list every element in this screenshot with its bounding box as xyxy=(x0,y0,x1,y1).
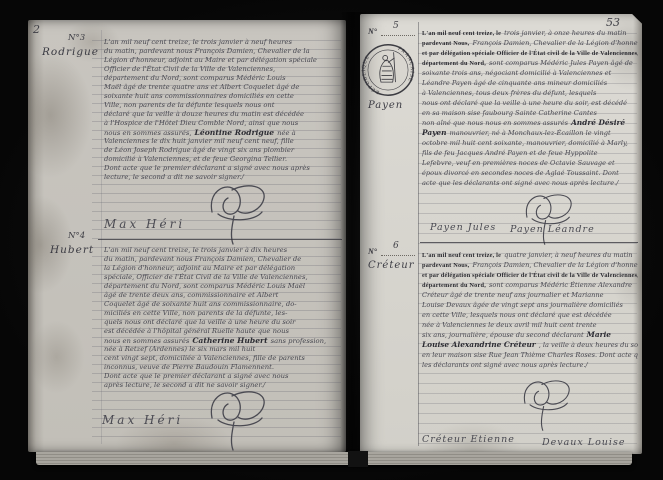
act-line: de Léon Joseph Rodrigue âgé de vingt six… xyxy=(104,146,341,155)
act-line: acte que les déclarants ont signé avec n… xyxy=(422,178,638,188)
act-line: Officier de l'État Civil de la Ville de … xyxy=(104,65,341,74)
handwritten-segment: miciliés en cette Ville, non parents de … xyxy=(104,309,287,317)
printed-segment: et par délégation spéciale Officier de l… xyxy=(422,50,638,57)
act-line: inconnus, veuve de Pierre Baudouin Flame… xyxy=(104,363,341,372)
right-page: 53 N° 5 RÉPUBLIQUE FRANÇAISE xyxy=(360,14,642,454)
act-line: en sa maison sise faubourg Sainte Cather… xyxy=(422,108,638,118)
act-line: fils de feu Jacques André Payen et de fe… xyxy=(422,148,638,158)
act-line: nous en sommes assurés,Léontine Rodrigue… xyxy=(104,128,341,137)
act-line: époux divorcé en secondes noces de Aglaé… xyxy=(422,168,638,178)
handwritten-segment: les déclarants ont signé avec nous après… xyxy=(422,361,588,369)
witness-signature: Max Héri xyxy=(102,413,183,427)
act-line: non aîné que nous nous en sommes assurés… xyxy=(422,118,638,128)
handwritten-segment: spéciale, Officier de l'État Civil de la… xyxy=(104,273,308,281)
witness-signature: Créteur Etienne xyxy=(422,434,515,445)
handwritten-segment: octobre mil huit cent soixante, manouvri… xyxy=(422,139,628,147)
handwritten-segment: Valenciennes le dix huit janvier mil neu… xyxy=(104,137,294,145)
handwritten-segment: en sa maison sise faubourg Sainte Cather… xyxy=(422,109,597,117)
act-line: Ville, non parents de la défunte lesquel… xyxy=(104,101,341,110)
handwritten-segment: soixante huit ans commissionnaires domic… xyxy=(104,92,294,100)
official-signature xyxy=(196,386,280,456)
handwritten-segment: Maël âgé de trente quatre ans et Albert … xyxy=(104,83,299,91)
act-line: est décédée à l'hôpital général Ruelle h… xyxy=(104,327,341,336)
witness-signature: Max Héri xyxy=(104,217,185,231)
handwritten-segment: manouvrier, né à Monchaux-lez-Écaillon l… xyxy=(449,129,610,137)
act-line: du matin, pardevant nous François Damien… xyxy=(104,255,341,264)
act-line: domicilié à Valenciennes, et de feue Geo… xyxy=(104,155,341,164)
handwritten-segment: âgé de trente deux ans, commissionnaire … xyxy=(104,291,278,299)
act-line: soixante trois ans, négociant domicilié … xyxy=(422,68,638,78)
handwritten-segment: six ans, journalière, épouse du second d… xyxy=(422,331,584,339)
act-line: âgé de trente deux ans, commissionnaire … xyxy=(104,291,341,300)
act-line: Créteur âgé de trente neuf ans journalie… xyxy=(422,290,638,300)
numero-label: N° xyxy=(368,27,377,36)
numero-line: 6 xyxy=(381,245,415,256)
act-number: N°4 xyxy=(68,231,85,241)
handwritten-segment: Louise Devaux âgée de vingt sept ans jou… xyxy=(422,301,623,309)
act-line: la Légion d'honneur, adjoint au Maire et… xyxy=(104,264,341,273)
act-body: L'an mil neuf cent treize, letrois janvi… xyxy=(422,28,638,188)
handwritten-segment: L'an mil neuf cent treize, le trois janv… xyxy=(104,38,292,46)
numero-line: 5 xyxy=(381,25,415,36)
act-line: cent vingt sept, domiciliée à Valencienn… xyxy=(104,354,341,363)
act-line: pardevant Nous,François Damien, Chevalie… xyxy=(422,260,638,270)
handwritten-segment: soixante trois ans, négociant domicilié … xyxy=(422,69,611,77)
handwritten-segment: inconnus, veuve de Pierre Baudouin Flame… xyxy=(104,363,274,371)
printed-segment: pardevant Nous, xyxy=(422,40,469,47)
handwritten-segment: Dont acte que le premier déclarant a sig… xyxy=(104,164,310,172)
handwritten-segment: L'an mil neuf cent treize, le trois janv… xyxy=(104,246,287,254)
act-line: Dont acte que le premier déclarant a sig… xyxy=(104,164,341,173)
act-line: Louise Devaux âgée de vingt sept ans jou… xyxy=(422,300,638,310)
handwritten-segment: déclaré que la veille à douze heures du … xyxy=(104,110,304,118)
act-line: spéciale, Officier de l'État Civil de la… xyxy=(104,273,341,282)
margin-rule xyxy=(101,30,102,444)
handwritten-segment: nous en sommes assurés, xyxy=(104,129,192,137)
act-body: L'an mil neuf cent treize, lequatre janv… xyxy=(422,250,638,370)
handwritten-segment: domicilié à Valenciennes, et de feue Geo… xyxy=(104,155,287,163)
handwritten-segment: à l'Hospice de l'Hôtel Dieu Comble Nord,… xyxy=(104,119,298,127)
handwritten-segment: du matin, pardevant nous François Damien… xyxy=(104,47,310,55)
handwritten-segment: époux divorcé en secondes noces de Aglaé… xyxy=(422,169,619,177)
handwritten-segment: fils de feu Jacques André Payen et de fe… xyxy=(422,149,598,157)
deceased-name-segment: Léontine Rodrigue xyxy=(195,128,275,137)
act-line: L'an mil neuf cent treize, letrois janvi… xyxy=(422,28,638,38)
act-body: L'an mil neuf cent treize, le trois janv… xyxy=(104,38,341,182)
act-line: quels nous ont déclaré que la veille à u… xyxy=(104,318,341,327)
witness-signature: Devaux Louise xyxy=(542,437,625,448)
printed-segment: département du Nord, xyxy=(422,282,486,289)
official-signature xyxy=(508,376,586,436)
handwritten-segment: Officier de l'État Civil de la Ville de … xyxy=(104,65,275,73)
act-number-value: 6 xyxy=(393,241,399,251)
folio-number: 2 xyxy=(33,23,40,36)
act-line: les déclarants ont signé avec nous après… xyxy=(422,360,638,370)
handwritten-segment: Léandre Payen âgé de cinquante ans mineu… xyxy=(422,79,607,87)
handwritten-segment: sont comparus Médéric Jules Payen âgé de xyxy=(489,59,633,67)
handwritten-segment: non aîné que nous nous en sommes assurés xyxy=(422,119,568,127)
witness-signature: Payen Jules xyxy=(430,222,496,233)
handwritten-segment: est décédée à l'hôpital général Ruelle h… xyxy=(104,327,289,335)
handwritten-segment: Légion d'honneur, adjoint au Maire et pa… xyxy=(104,56,317,64)
act-line: à Valenciennes, tous deux frères du défu… xyxy=(422,88,638,98)
handwritten-segment: de Léon Joseph Rodrigue âgé de vingt six… xyxy=(104,146,294,154)
handwritten-segment: née à xyxy=(277,129,296,137)
handwritten-segment: acte que les déclarants ont signé avec n… xyxy=(422,179,618,187)
act-line: à l'Hospice de l'Hôtel Dieu Comble Nord,… xyxy=(104,119,341,128)
printed-segment: L'an mil neuf cent treize, le xyxy=(422,252,501,259)
handwritten-segment: sont comparus Médéric Étienne Alexandre xyxy=(489,281,632,289)
act-line: en leur maison sise Rue Jean Thième Char… xyxy=(422,350,638,360)
act-line: déclaré que la veille à douze heures du … xyxy=(104,110,341,119)
handwritten-segment: , la veille à deux heures du soir, xyxy=(539,341,638,349)
act-number: N°3 xyxy=(68,33,85,43)
deceased-name-segment: Marie xyxy=(587,330,611,339)
official-signature xyxy=(510,190,588,250)
act-line: Légion d'honneur, adjoint au Maire et pa… xyxy=(104,56,341,65)
act-line: département du Nord, sont comparus Médér… xyxy=(104,282,341,291)
margin-rule xyxy=(418,22,419,446)
act-line: Payenmanouvrier, né à Monchaux-lez-Écail… xyxy=(422,128,638,138)
act-line: L'an mil neuf cent treize, lequatre janv… xyxy=(422,250,638,260)
handwritten-segment: Dont acte que le premier déclarant a sig… xyxy=(104,372,289,380)
handwritten-segment: en leur maison sise Rue Jean Thième Char… xyxy=(422,351,638,359)
printed-segment: L'an mil neuf cent treize, le xyxy=(422,30,501,37)
act-line: Coquelet âgé de soixante huit ans commis… xyxy=(104,300,341,309)
act-line: et par délégation spéciale Officier de l… xyxy=(422,270,638,280)
handwritten-segment: quatre janvier, à neuf heures du matin xyxy=(504,251,632,259)
handwritten-segment: du matin, pardevant nous François Damien… xyxy=(104,255,301,263)
gutter-notch xyxy=(348,451,368,467)
act-line: L'an mil neuf cent treize, le trois janv… xyxy=(104,38,341,47)
page-stack-edge xyxy=(36,452,632,465)
printed-segment: département du Nord, xyxy=(422,60,486,67)
act-line: soixante huit ans commissionnaires domic… xyxy=(104,92,341,101)
act-line: pardevant Nous,François Damien, Chevalie… xyxy=(422,38,638,48)
act-line: nous ont déclaré que la veille à une heu… xyxy=(422,98,638,108)
act-margin-name: Hubert xyxy=(50,244,94,256)
act-number-row: N° 5 xyxy=(368,25,415,36)
act-number-value: 5 xyxy=(393,21,399,31)
act-line: six ans, journalière, épouse du second d… xyxy=(422,330,638,340)
act-number-row: N° 6 xyxy=(368,245,415,256)
act-line: Valenciennes le dix huit janvier mil neu… xyxy=(104,137,341,146)
handwritten-segment: cent vingt sept, domiciliée à Valencienn… xyxy=(104,354,305,362)
act-line: du matin, pardevant nous François Damien… xyxy=(104,47,341,56)
handwritten-segment: François Damien, Chevalier de la Légion … xyxy=(472,261,638,269)
numero-label: N° xyxy=(368,247,377,256)
act-line: département du Nord,sont comparus Médéri… xyxy=(422,280,638,290)
deceased-name-segment: Louise Alexandrine Créteur xyxy=(422,340,536,349)
handwritten-segment: en cette Ville, lesquels nous ont déclar… xyxy=(422,311,612,319)
act-line: miciliés en cette Ville, non parents de … xyxy=(104,309,341,318)
printed-segment: pardevant Nous, xyxy=(422,262,469,269)
left-page: 2 N°3 Rodrigue L'an mil neuf cent treize… xyxy=(28,20,346,452)
handwritten-segment: la Légion d'honneur, adjoint au Maire et… xyxy=(104,264,295,272)
handwritten-segment: Créteur âgé de trente neuf ans journalie… xyxy=(422,291,604,299)
act-body: L'an mil neuf cent treize, le trois janv… xyxy=(104,246,341,390)
handwritten-segment: Coquelet âgé de soixante huit ans commis… xyxy=(104,300,297,308)
act-margin-name: Créteur xyxy=(368,260,415,271)
act-divider xyxy=(420,242,638,243)
act-line: et par délégation spéciale Officier de l… xyxy=(422,48,638,58)
act-line: département du Nord, sont comparus Médér… xyxy=(104,74,341,83)
handwritten-segment: nous ont déclaré que la veille à une heu… xyxy=(422,99,627,107)
handwritten-segment: sans profession, xyxy=(271,337,327,345)
act-margin-name: Payen xyxy=(368,100,403,111)
handwritten-segment: née à Retzef (Ardennes) le six mars mil … xyxy=(104,345,255,353)
act-line: Louise Alexandrine Créteur, la veille à … xyxy=(422,340,638,350)
act-line: nous en sommes assurésCatherine Hubertsa… xyxy=(104,336,341,345)
act-margin-name: Rodrigue xyxy=(42,46,99,58)
act-line: Lefebvre, veuf en premières noces de Oct… xyxy=(422,158,638,168)
act-line: Léandre Payen âgé de cinquante ans mineu… xyxy=(422,78,638,88)
handwritten-segment: à Valenciennes, tous deux frères du défu… xyxy=(422,89,596,97)
deceased-name-segment: Payen xyxy=(422,128,446,137)
act-line: L'an mil neuf cent treize, le trois janv… xyxy=(104,246,341,255)
handwritten-segment: trois janvier, à onze heures du matin xyxy=(504,29,626,37)
handwritten-segment: née à Valenciennes le deux avril mil hui… xyxy=(422,321,597,329)
act-line: département du Nord,sont comparus Médéri… xyxy=(422,58,638,68)
act-line: née à Retzef (Ardennes) le six mars mil … xyxy=(104,345,341,354)
act-line: octobre mil huit cent soixante, manouvri… xyxy=(422,138,638,148)
handwritten-segment: nous en sommes assurés xyxy=(104,337,189,345)
handwritten-segment: quels nous ont déclaré que la veille à u… xyxy=(104,318,295,326)
printed-segment: et par délégation spéciale Officier de l… xyxy=(422,272,638,279)
witness-signature: Payen Léandre xyxy=(510,224,595,235)
handwritten-segment: François Damien, Chevalier de la Légion … xyxy=(472,39,638,47)
act-line: née à Valenciennes le deux avril mil hui… xyxy=(422,320,638,330)
act-line: Dont acte que le premier déclarant a sig… xyxy=(104,372,341,381)
register-scan-photo: 2 N°3 Rodrigue L'an mil neuf cent treize… xyxy=(0,0,663,480)
handwritten-segment: département du Nord, sont comparus Médér… xyxy=(104,74,286,82)
act-divider xyxy=(98,239,342,240)
handwritten-segment: Ville, non parents de la défunte lesquel… xyxy=(104,101,275,109)
republique-francaise-stamp: RÉPUBLIQUE FRANÇAISE xyxy=(360,42,416,102)
handwritten-segment: Lefebvre, veuf en premières noces de Oct… xyxy=(422,159,615,167)
act-line: Maël âgé de trente quatre ans et Albert … xyxy=(104,83,341,92)
deceased-name-segment: Catherine Hubert xyxy=(192,336,267,345)
handwritten-segment: département du Nord, sont comparus Médér… xyxy=(104,282,305,290)
deceased-name-segment: André Désiré xyxy=(571,118,625,127)
act-line: en cette Ville, lesquels nous ont déclar… xyxy=(422,310,638,320)
